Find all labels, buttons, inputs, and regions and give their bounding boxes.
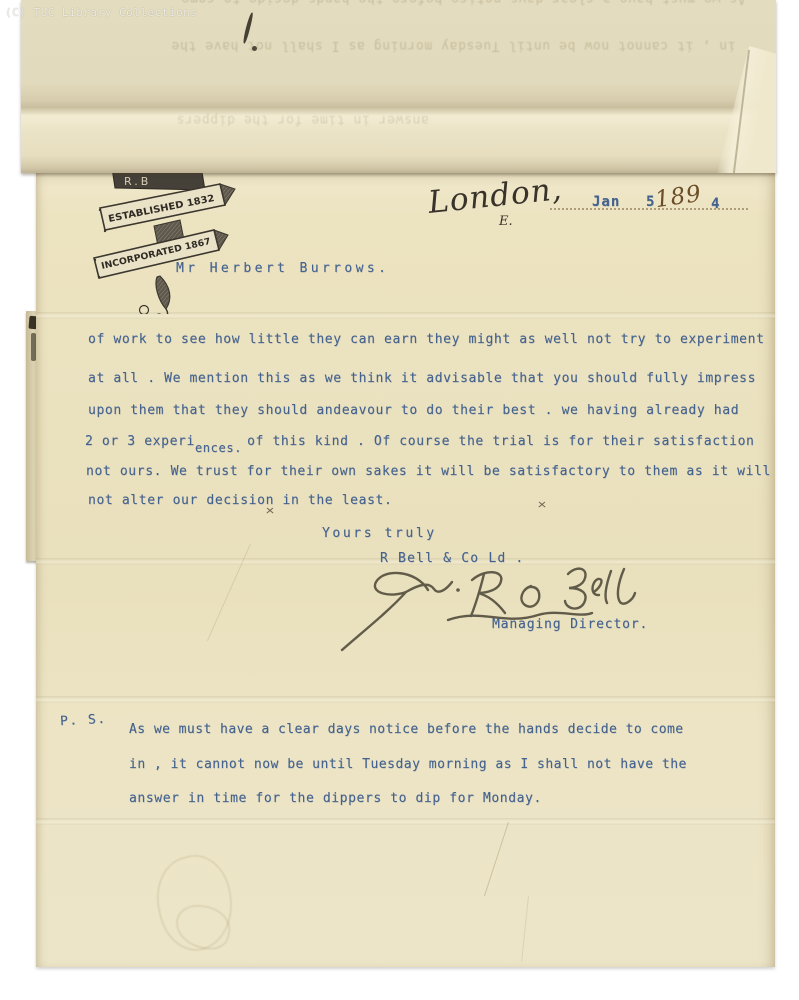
postscript-line: in , it cannot now be until Tuesday morn… [129,757,687,772]
postscript-line: As we must have a clear days notice befo… [129,722,684,737]
fold-crease [36,818,775,825]
body-line: not ours. We trust for their own sakes i… [86,464,771,479]
letterhead-ribbon-emblem: R.B ESTABLISHED 1832 INCORPORATED 1867 [82,164,252,314]
letter-scan: As we must have a clear days notice befo… [0,0,799,1000]
body-line-segment: of this kind . Of course the trial is fo… [247,434,754,449]
body-line: upon them that they should andeavour to … [88,403,739,418]
folded-top-flap: As we must have a clear days notice befo… [21,0,776,173]
body-line: 2 or 3 experiences.of this kind . Of cou… [85,434,754,449]
ribbon-top-label: R.B [124,175,151,188]
fold-crease [36,696,775,703]
recipient-line: Mr Herbert Burrows. [176,261,389,276]
ink-mark [538,501,546,509]
body-line-segment: 2 or 3 experi [85,434,195,449]
letterhead-district: E. [499,214,513,229]
ink-blot [252,46,257,51]
postscript-label: P. S. [60,712,107,729]
signer-title: Managing Director. [492,617,648,632]
ink-mark [266,507,274,515]
body-line: of work to see how little they can earn … [88,332,765,347]
show-through-text: As we must have a clear days notice befo… [181,0,746,6]
body-line: not alter our decision in the least. [88,493,392,508]
valediction: Yours truly [322,526,437,541]
body-line-subscript: ences. [195,441,242,455]
postscript-line: answer in time for the dippers to dip fo… [129,791,542,806]
body-line: at all . We mention this as we think it … [88,371,756,386]
date-year-typed: 4 [711,196,720,212]
date-month: Jan [592,194,620,210]
show-through-text: answer in time for the dippers [176,112,429,127]
library-watermark: (C) TUC Library Collections [5,6,197,19]
